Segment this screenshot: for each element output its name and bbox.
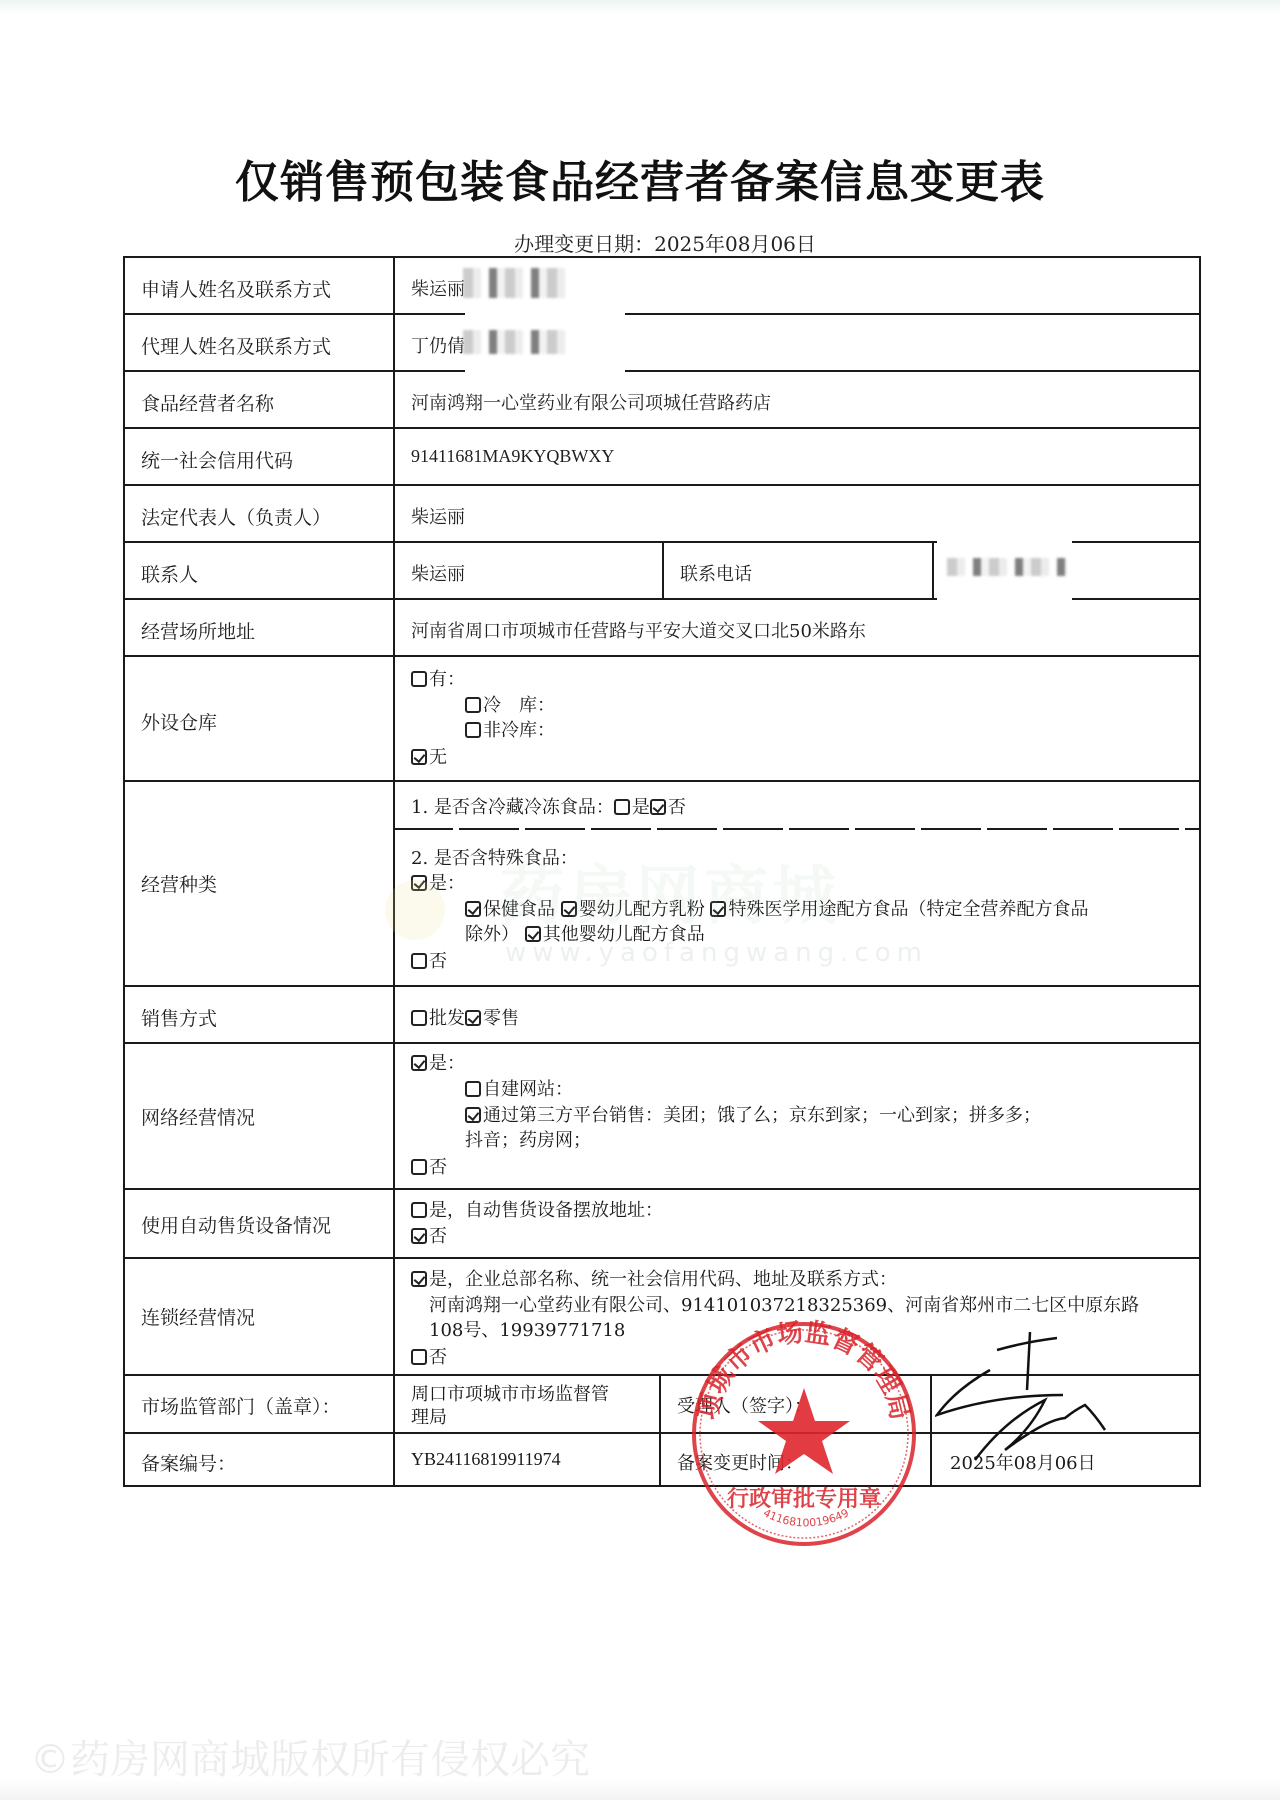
checkbox[interactable] (411, 1349, 427, 1365)
document-title: 仅销售预包装食品经营者备案信息变更表 (0, 146, 1280, 210)
warehouse-noncold[interactable]: 非冷库： (465, 716, 555, 742)
checkbox-checked[interactable] (411, 1055, 427, 1071)
label-applicant: 申请人姓名及联系方式 (141, 275, 331, 302)
checkbox-checked[interactable] (465, 1010, 481, 1026)
inner-divider (393, 828, 1201, 830)
change-date-line: 办理变更日期：2025年08月06日 (0, 228, 1280, 257)
change-date-value: 2025年08月06日 (654, 232, 816, 256)
online-third-party-cont: 抖音；药房网； (465, 1126, 591, 1152)
checkbox-checked[interactable] (650, 799, 666, 815)
copyright-watermark: ©药房网商城版权所有侵权必究 (30, 1728, 590, 1785)
warehouse-none[interactable]: 无 (411, 743, 447, 769)
row-divider (125, 313, 1201, 315)
row-divider (125, 1042, 1201, 1044)
online-no[interactable]: 否 (411, 1153, 447, 1179)
watermark-logo-icon (385, 880, 445, 940)
checkbox-checked[interactable] (411, 1271, 427, 1287)
label-record-number: 备案编号： (141, 1449, 236, 1476)
label-credit-code: 统一社会信用代码 (141, 446, 293, 473)
credit-code-value: 91411681MA9KYQBWXY (411, 446, 614, 467)
checkbox[interactable] (465, 697, 481, 713)
checkbox[interactable] (411, 671, 427, 687)
row-divider (125, 370, 1201, 372)
label-vending: 使用自动售货设备情况 (141, 1211, 331, 1238)
label-authority: 市场监管部门（盖章）： (141, 1392, 341, 1419)
checkbox[interactable] (614, 799, 630, 815)
checkbox[interactable] (411, 1010, 427, 1026)
legal-rep-value: 柴运丽 (411, 503, 465, 529)
row-divider (125, 1257, 1201, 1259)
applicant-value: 柴运丽 (411, 275, 465, 301)
contact-divider (662, 541, 664, 598)
label-online: 网络经营情况 (141, 1103, 255, 1130)
q1-cold-food: 1. 是否含冷藏冷冻食品：是否 (411, 793, 686, 819)
chain-detail-2: 108号、19939771718 (429, 1316, 625, 1342)
watermark-url: www.yaofangwang.com (505, 938, 928, 968)
chain-yes[interactable]: 是，企业总部名称、统一社会信用代码、地址及联系方式： (411, 1265, 897, 1291)
official-seal-icon: 项城市市场监督管理局 行政审批专用章 4116810019649 (688, 1318, 920, 1550)
vending-no[interactable]: 否 (411, 1222, 447, 1248)
checkbox-checked[interactable] (411, 749, 427, 765)
row-divider (125, 484, 1201, 486)
authority-value-2: 理局 (411, 1403, 447, 1429)
vending-yes[interactable]: 是，自动售货设备摆放地址： (411, 1196, 663, 1222)
change-date-label: 办理变更日期： (514, 232, 654, 256)
column-divider (393, 258, 395, 1487)
online-third-party[interactable]: 通过第三方平台销售：美团；饿了么；京东到家；一心到家；拼多多； (465, 1101, 1041, 1127)
checkbox[interactable] (411, 953, 427, 969)
label-sales-mode: 销售方式 (141, 1004, 217, 1031)
checkbox[interactable] (465, 722, 481, 738)
q2-no[interactable]: 否 (411, 947, 447, 973)
address-value: 河南省周口市项城市任营路与平安大道交叉口北50米路东 (411, 617, 866, 643)
warehouse-yes[interactable]: 有： (411, 665, 465, 691)
watermark-brand: 药房网商城 (500, 845, 840, 937)
checkbox-checked[interactable] (465, 901, 481, 917)
chain-no[interactable]: 否 (411, 1343, 447, 1369)
redacted-phone (463, 268, 573, 298)
chain-detail-1: 河南鸿翔一心堂药业有限公司、914101037218325369、河南省郑州市二… (429, 1291, 1139, 1317)
operator-name-value: 河南鸿翔一心堂药业有限公司项城任营路药店 (411, 389, 771, 415)
label-legal-rep: 法定代表人（负责人） (141, 503, 331, 530)
row-divider (125, 780, 1201, 782)
online-self-site[interactable]: 自建网站： (465, 1075, 573, 1101)
phone-label: 联系电话 (680, 560, 752, 586)
contact-value: 柴运丽 (411, 560, 465, 586)
sales-mode-options: 批发零售 (411, 1004, 519, 1030)
warehouse-cold[interactable]: 冷 库： (465, 691, 555, 717)
agent-value: 丁仍倩 (411, 332, 465, 358)
checkbox[interactable] (411, 1202, 427, 1218)
label-warehouse: 外设仓库 (141, 708, 217, 735)
bottom-divider (659, 1374, 661, 1487)
contact-divider (932, 541, 934, 598)
label-business-type: 经营种类 (141, 870, 217, 897)
label-contact: 联系人 (141, 560, 198, 587)
label-address: 经营场所地址 (141, 617, 255, 644)
row-divider (125, 427, 1201, 429)
label-chain: 连锁经营情况 (141, 1303, 255, 1330)
checkbox-checked[interactable] (465, 1107, 481, 1123)
top-edge-shade (0, 0, 1280, 14)
checkbox-checked[interactable] (411, 1228, 427, 1244)
svg-text:行政审批专用章: 行政审批专用章 (727, 1486, 881, 1512)
checkbox[interactable] (411, 1159, 427, 1175)
online-yes[interactable]: 是： (411, 1049, 465, 1075)
row-divider (125, 655, 1201, 657)
row-divider (125, 1188, 1201, 1190)
redacted-phone (463, 330, 573, 354)
label-agent: 代理人姓名及联系方式 (141, 332, 331, 359)
redacted-phone (947, 558, 1067, 576)
label-operator-name: 食品经营者名称 (141, 389, 274, 416)
bottom-divider (930, 1374, 932, 1487)
row-divider (125, 985, 1201, 987)
signature-icon (935, 1320, 1135, 1470)
record-number-value: YB24116819911974 (411, 1449, 561, 1470)
bottom-edge-shade (0, 1780, 1280, 1800)
checkbox[interactable] (465, 1081, 481, 1097)
